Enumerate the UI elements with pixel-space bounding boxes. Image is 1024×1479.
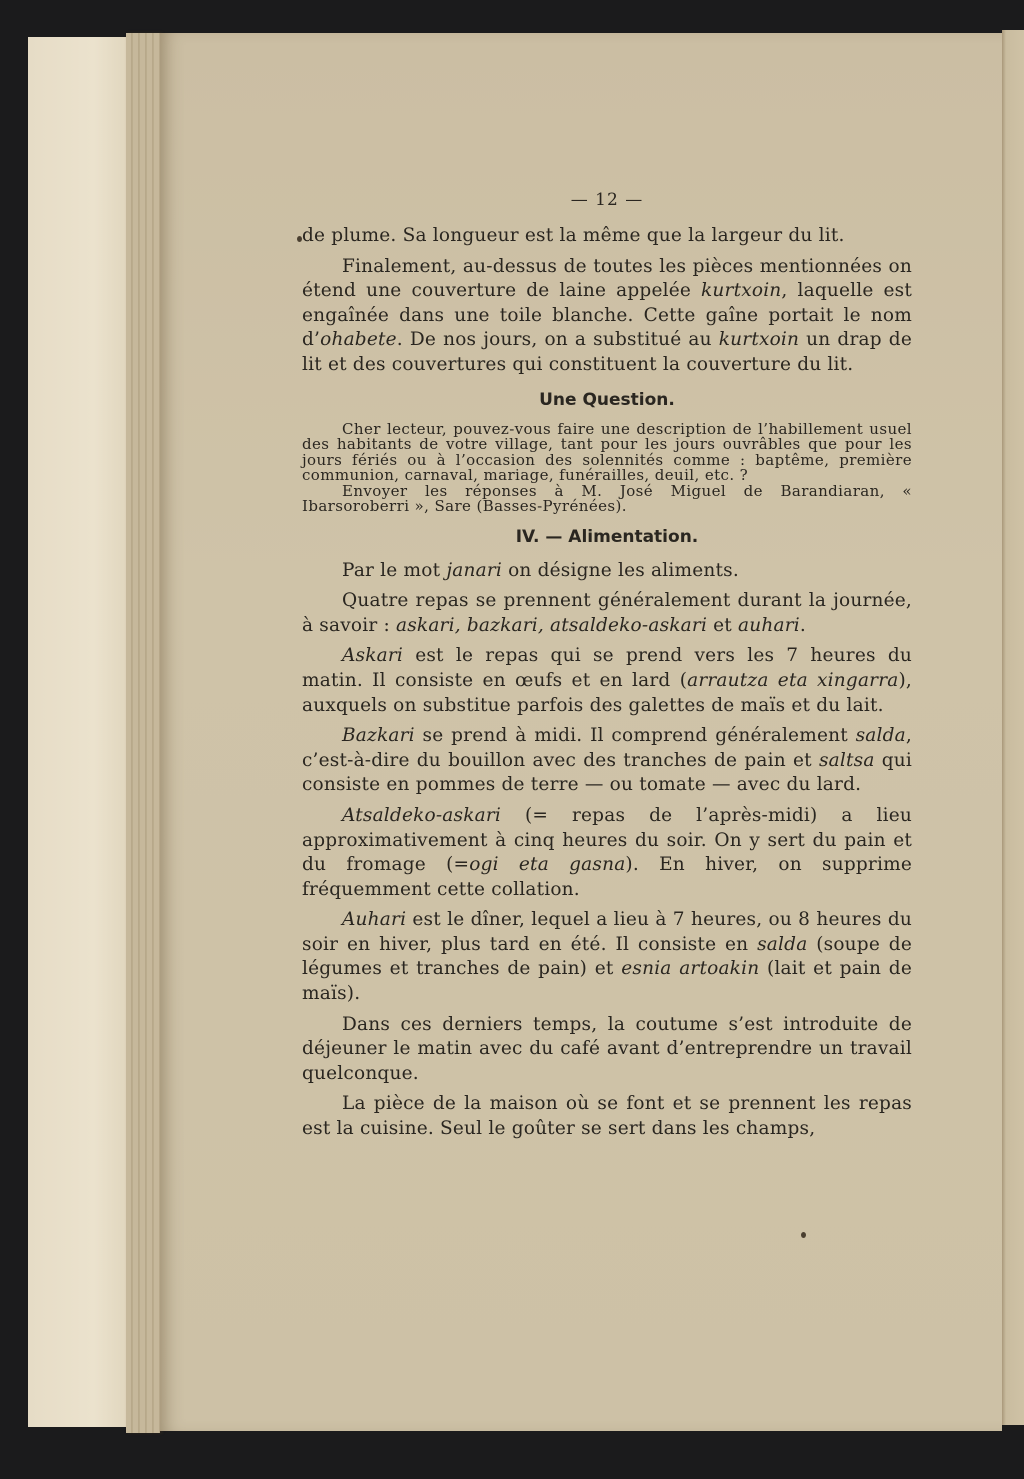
- italic-term: esnia artoakin: [621, 958, 759, 979]
- question-address: Envoyer les réponses à M. José Miguel de…: [302, 484, 912, 515]
- ink-speck: [297, 236, 302, 242]
- italic-term: Auhari: [342, 909, 406, 930]
- back-cover-flap: [28, 37, 138, 1427]
- paragraph-auhari: Auhari est le dîner, lequel a lieu à 7 h…: [302, 908, 912, 1006]
- paragraph-askari: Askari est le repas qui se prend vers le…: [302, 644, 912, 718]
- paragraph-continuation: de plume. Sa longueur est la même que la…: [302, 224, 912, 249]
- italic-term: salda: [856, 725, 906, 746]
- italic-term: Askari: [342, 645, 403, 666]
- italic-term: saltsa: [819, 750, 875, 771]
- section-heading-alimentation: IV. — Alimentation.: [302, 527, 912, 547]
- paragraph-quatre-repas: Quatre repas se prennent généralement du…: [302, 589, 912, 638]
- italic-term: askari, bazkari, atsaldeko-askari: [396, 615, 707, 636]
- italic-term: salda: [757, 934, 807, 955]
- italic-term: Atsaldeko-askari: [342, 805, 501, 826]
- text-span: Par le mot: [342, 560, 446, 581]
- question-text: Cher lecteur, pouvez-vous faire une desc…: [302, 422, 912, 484]
- paragraph-derniers-temps: Dans ces derniers temps, la coutume s’es…: [302, 1013, 912, 1087]
- italic-term: janari: [446, 560, 502, 581]
- question-heading: Une Question.: [302, 390, 912, 410]
- text-span: .: [800, 615, 806, 636]
- page-text: — 12 — de plume. Sa longueur est la même…: [302, 190, 912, 1148]
- paragraph-janari: Par le mot janari on désigne les aliment…: [302, 559, 912, 584]
- italic-term: arrautza eta xingarra: [687, 670, 898, 691]
- paragraph-kurtxoin: Finalement, au-dessus de toutes les pièc…: [302, 255, 912, 378]
- ink-speck: [801, 1232, 806, 1238]
- paragraph-bazkari: Bazkari se prend à midi. Il comprend gén…: [302, 724, 912, 798]
- page-edges-stack: [126, 33, 160, 1433]
- italic-term: kurtxoin: [701, 280, 781, 301]
- paragraph-piece-cuisine: La pièce de la maison où se font et se p…: [302, 1092, 912, 1141]
- italic-term: auhari: [738, 615, 800, 636]
- text-span: . De nos jours, on a substitué au: [397, 329, 719, 350]
- text-span: se prend à midi. Il comprend généralemen…: [415, 725, 856, 746]
- italic-term: ohabete: [320, 329, 397, 350]
- italic-term: kurtxoin: [719, 329, 799, 350]
- text-span: et: [707, 615, 738, 636]
- paragraph-atsaldeko-askari: Atsaldeko-askari (= repas de l’après-mid…: [302, 804, 912, 902]
- italic-term: ogi eta gasna: [469, 854, 625, 875]
- italic-term: Bazkari: [342, 725, 415, 746]
- text-span: on désigne les aliments.: [502, 560, 739, 581]
- facing-page-edge: [1002, 30, 1024, 1425]
- page-number: — 12 —: [302, 190, 912, 210]
